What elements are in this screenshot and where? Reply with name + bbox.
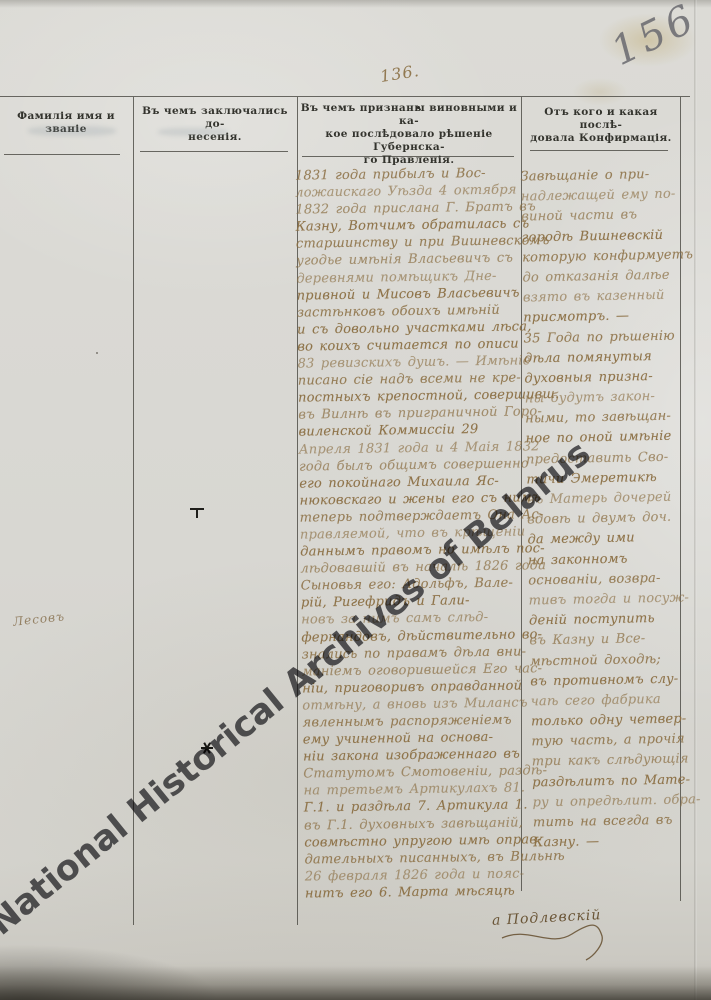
header-line: Въ чемъ признаны виновными и ка-	[299, 102, 519, 128]
handwritten-line: 35 Года по рѣшенію	[524, 328, 676, 351]
confirmation-handwritten-text: Завѣщаніе о при-надлежащей ему по-виной …	[520, 167, 685, 856]
header-line: Въ чемъ заключались до-	[135, 105, 295, 131]
header-line: довала Конфирмація.	[523, 132, 679, 145]
handwritten-line: мѣстной доходѣ;	[530, 651, 682, 674]
handwritten-line: взято въ казенный	[523, 288, 675, 311]
signature-flourish	[498, 922, 618, 962]
handwritten-line: въ Г.1. духовныхъ завѣщаній,	[304, 815, 528, 835]
header-confirmation-column: Отъ кого и какая послѣ-довала Конфирмаці…	[523, 106, 679, 145]
handwritten-line: застѣнковъ обоихъ имѣній	[297, 302, 521, 322]
handwritten-line: на третьемъ Артикулахъ 81.	[303, 781, 527, 801]
handwritten-line: Казну. —	[533, 833, 685, 856]
handwritten-line: 1832 года прислана Г. Братъ въ	[295, 200, 519, 220]
handwritten-line: три какъ слѣдующія	[532, 752, 684, 775]
handwritten-line: деревнями помѣщикъ Дне-	[296, 268, 520, 288]
header-underline-1	[4, 154, 120, 155]
handwritten-line: виной части въ	[521, 207, 673, 230]
paper-crease-right	[694, 0, 697, 1000]
header-line: кое послѣдовало рѣшеніе Губернска-	[299, 128, 519, 154]
pencil-folio-number: 156	[604, 0, 704, 75]
handwritten-line: нитъ его 6. Марта мѣсяцѣ	[305, 883, 529, 903]
handwritten-line: въ Вилнѣ въ приграничной Горо-	[298, 405, 522, 425]
handwritten-line: тивъ тогда и посуж-	[529, 590, 681, 613]
scan-edge-shadow-top	[0, 0, 711, 8]
header-reports-column: Въ чемъ заключались до-несенія.	[135, 105, 295, 144]
pencil-smudge	[158, 128, 228, 136]
header-underline-2	[140, 151, 288, 152]
header-underline-4	[530, 150, 668, 151]
paper-speck	[96, 352, 98, 354]
handwritten-line: тить на всегда въ	[533, 812, 685, 835]
header-verdict-column: Въ чемъ признаны виновными и ка-кое посл…	[299, 102, 519, 167]
archival-document-scan: 156 136. Фамилія имя и званіе Въ чемъ за…	[0, 0, 711, 1000]
name-entry-handwriting: Лесовъ	[12, 609, 65, 628]
handwritten-line: писано сіе надъ всеми не кре-	[298, 371, 522, 391]
handwritten-line: вдовѣ и двумъ доч.	[527, 510, 679, 533]
handwritten-line: чаѣ сего фабрика	[531, 691, 683, 714]
handwritten-line: явленнымъ распоряженіемъ	[303, 712, 527, 732]
ink-cross-mark	[190, 506, 204, 518]
ink-dot	[417, 106, 420, 109]
ink-page-number: 136.	[379, 61, 421, 86]
pencil-smudge	[28, 126, 116, 136]
table-top-border	[0, 96, 690, 97]
scan-edge-shadow-bottom-left	[0, 944, 220, 1000]
handwritten-line: года былъ общимъ совершенно	[299, 456, 523, 476]
header-line: Отъ кого и какая послѣ-	[523, 106, 679, 132]
handwritten-line: 26 февраля 1826 года и пояс-	[305, 866, 529, 886]
